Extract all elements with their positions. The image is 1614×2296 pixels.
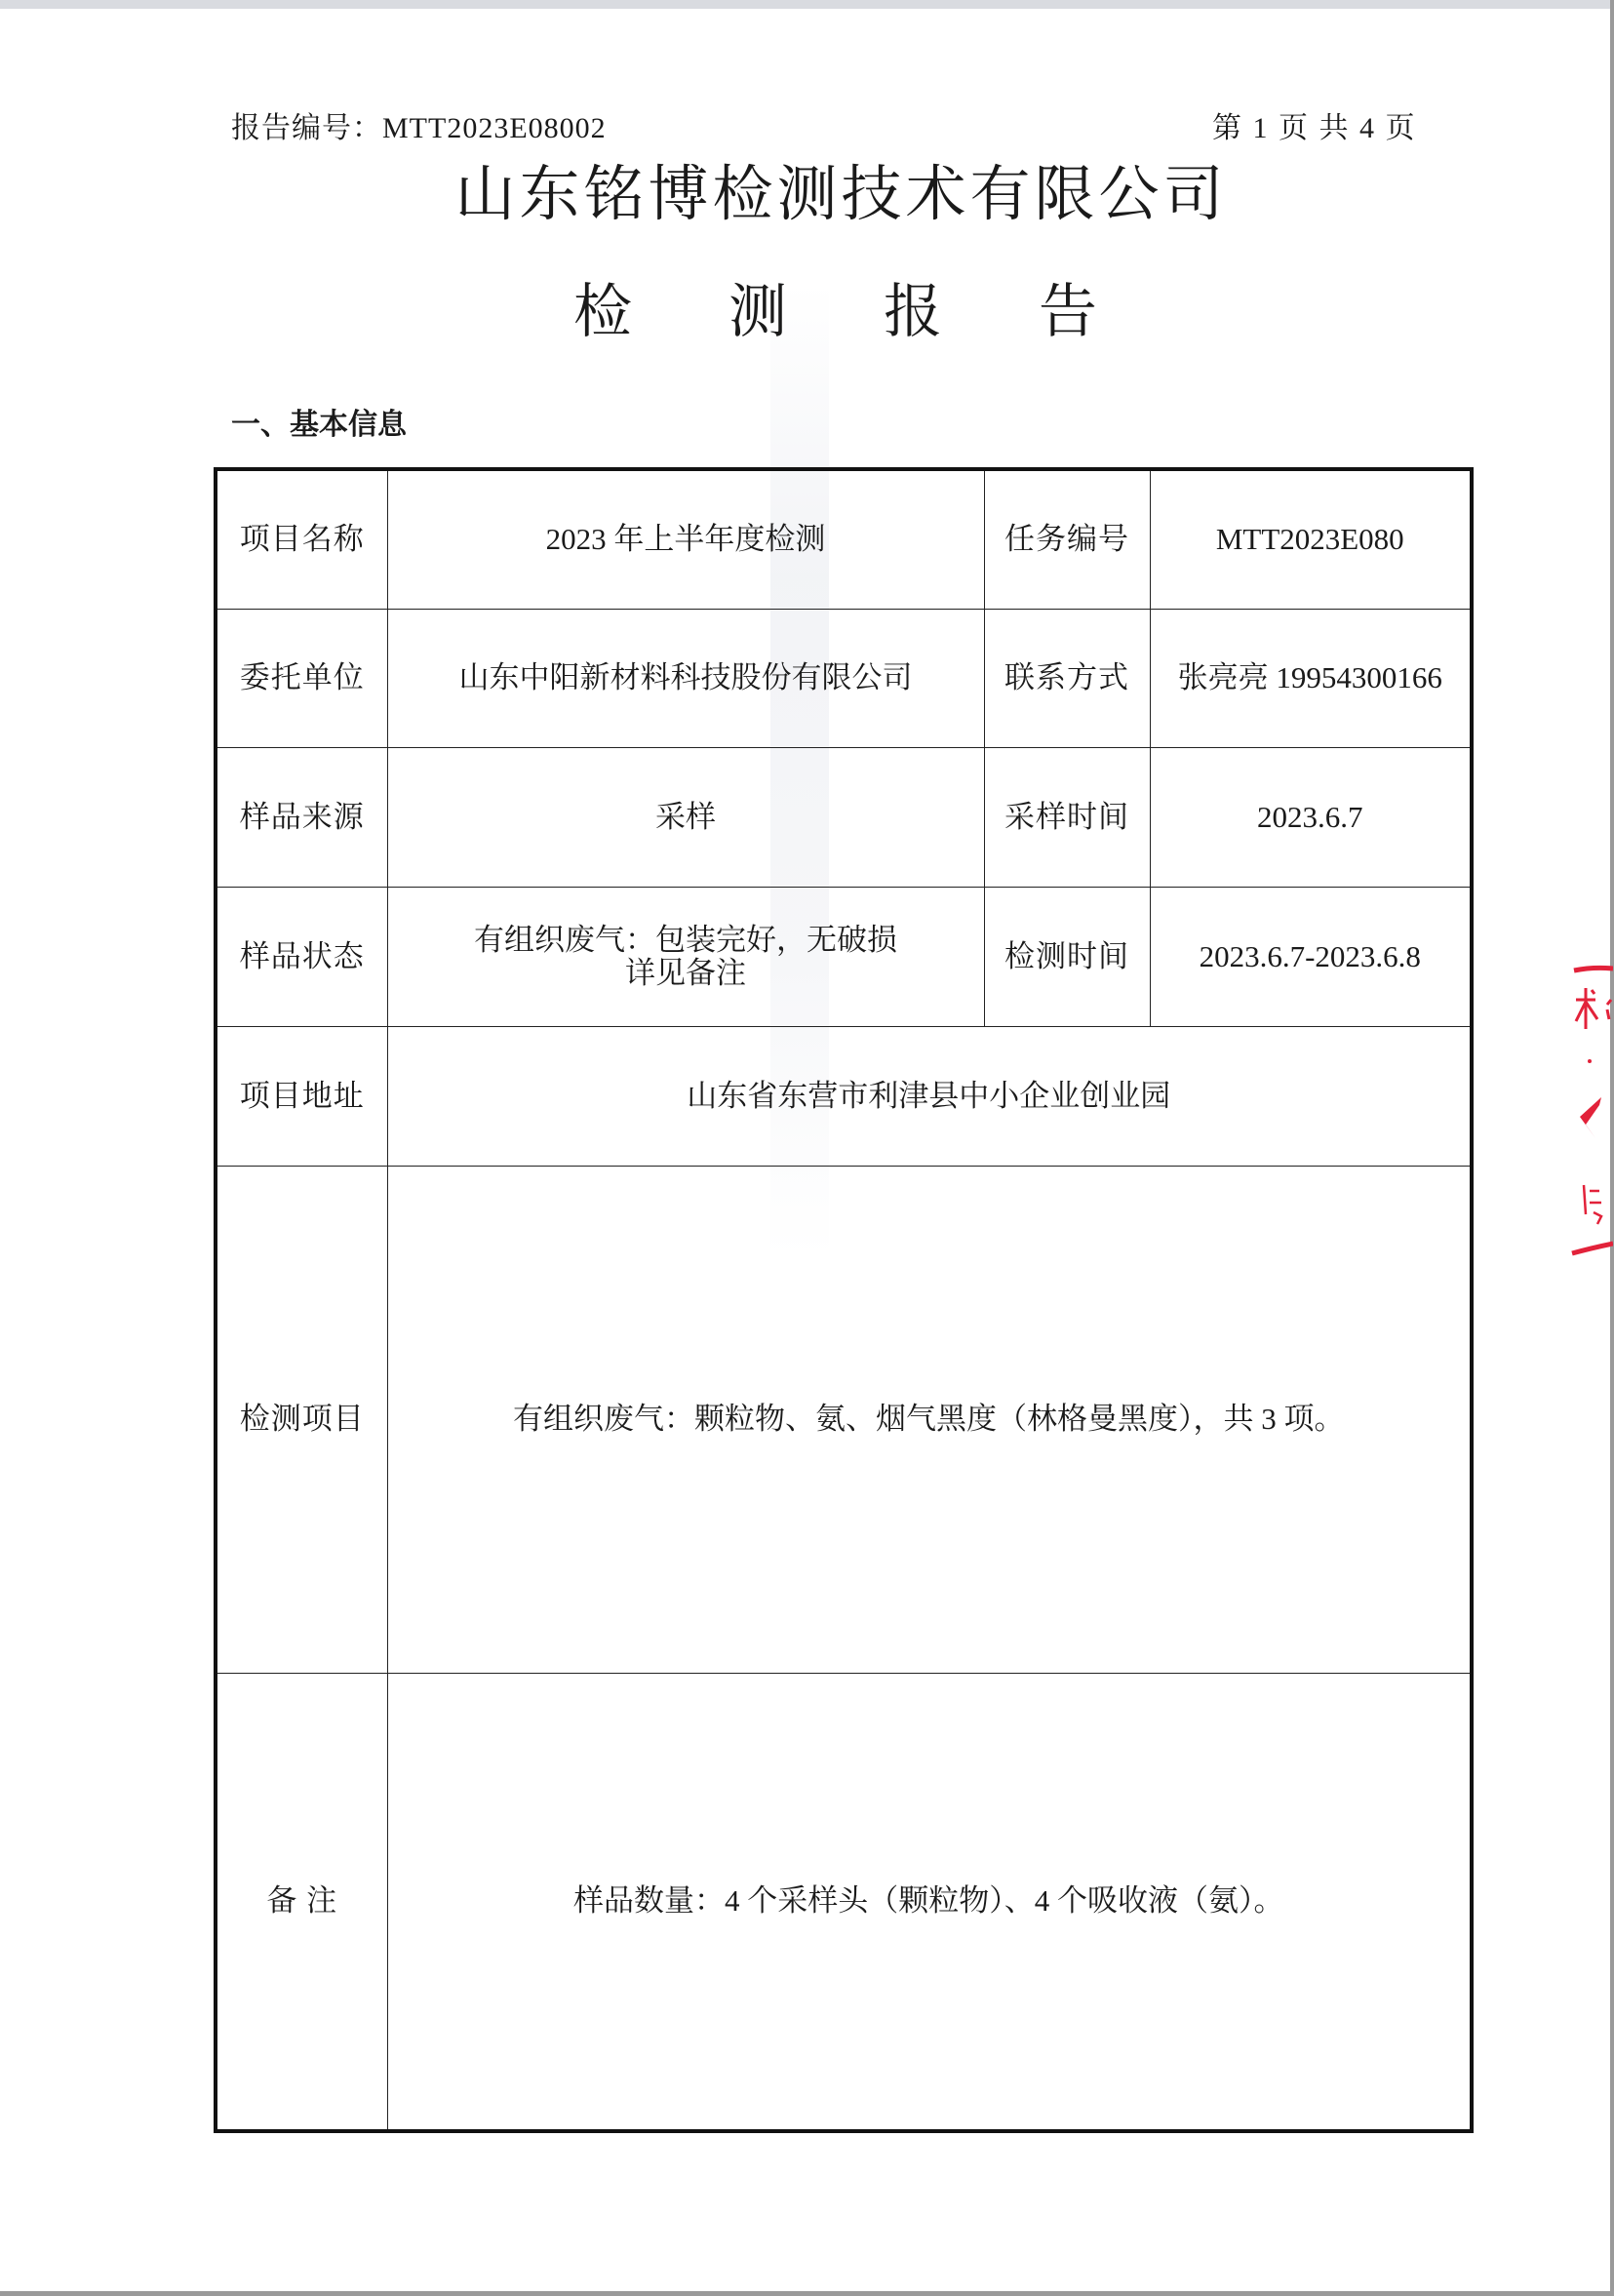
company-name: 山东铭博检测技术有限公司 <box>0 156 1614 234</box>
address-label: 项目地址 <box>216 1026 387 1166</box>
document-title: 检 测 报 告 <box>0 273 1614 351</box>
sample-status-line2: 详见备注 <box>388 957 984 990</box>
contact-value: 张亮亮 19954300166 <box>1150 609 1472 747</box>
sampling-time-value: 2023.6.7 <box>1150 747 1472 887</box>
remarks-label: 备 注 <box>216 1673 387 2131</box>
remarks-value: 样品数量：4 个采样头（颗粒物）、4 个吸收液（氨）。 <box>387 1673 1472 2131</box>
test-items-label: 检测项目 <box>216 1166 387 1673</box>
client-label: 委托单位 <box>216 609 387 747</box>
red-seal-stamp-icon <box>1566 961 1613 1265</box>
table-row-test-items: 检测项目 有组织废气：颗粒物、氨、烟气黑度（林格曼黑度），共 3 项。 <box>216 1166 1472 1673</box>
table-row-sample-status: 样品状态 有组织废气：包装完好，无破损 详见备注 检测时间 2023.6.7-2… <box>216 887 1472 1026</box>
table-row-address: 项目地址 山东省东营市利津县中小企业创业园 <box>216 1026 1472 1166</box>
contact-label: 联系方式 <box>984 609 1150 747</box>
client-value: 山东中阳新材料科技股份有限公司 <box>387 609 984 747</box>
sample-status-label: 样品状态 <box>216 887 387 1026</box>
task-number-value: MTT2023E080 <box>1150 469 1472 609</box>
project-name-label: 项目名称 <box>216 469 387 609</box>
task-number-label: 任务编号 <box>984 469 1150 609</box>
page-indicator: 第 1 页 共 4 页 <box>1212 109 1415 148</box>
section-title: 一、基本信息 <box>231 406 407 445</box>
test-items-value: 有组织废气：颗粒物、氨、烟气黑度（林格曼黑度），共 3 项。 <box>387 1166 1472 1673</box>
test-time-label: 检测时间 <box>984 887 1150 1026</box>
table-row-project: 项目名称 2023 年上半年度检测 任务编号 MTT2023E080 <box>216 469 1472 609</box>
report-number: 报告编号：MTT2023E08002 <box>231 109 607 148</box>
table-row-sample-source: 样品来源 采样 采样时间 2023.6.7 <box>216 747 1472 887</box>
sampling-time-label: 采样时间 <box>984 747 1150 887</box>
sample-status-line1: 有组织废气：包装完好，无破损 <box>388 924 984 957</box>
scan-top-band <box>0 0 1614 9</box>
sample-status-value: 有组织废气：包装完好，无破损 详见备注 <box>387 887 984 1026</box>
sample-source-label: 样品来源 <box>216 747 387 887</box>
sample-source-value: 采样 <box>387 747 984 887</box>
basic-info-table: 项目名称 2023 年上半年度检测 任务编号 MTT2023E080 委托单位 … <box>214 467 1474 2133</box>
address-value: 山东省东营市利津县中小企业创业园 <box>387 1026 1472 1166</box>
table-row-remarks: 备 注 样品数量：4 个采样头（颗粒物）、4 个吸收液（氨）。 <box>216 1673 1472 2131</box>
scan-bottom-edge <box>0 2291 1614 2296</box>
table-row-client: 委托单位 山东中阳新材料科技股份有限公司 联系方式 张亮亮 1995430016… <box>216 609 1472 747</box>
project-name-value: 2023 年上半年度检测 <box>387 469 984 609</box>
test-time-value: 2023.6.7-2023.6.8 <box>1150 887 1472 1026</box>
